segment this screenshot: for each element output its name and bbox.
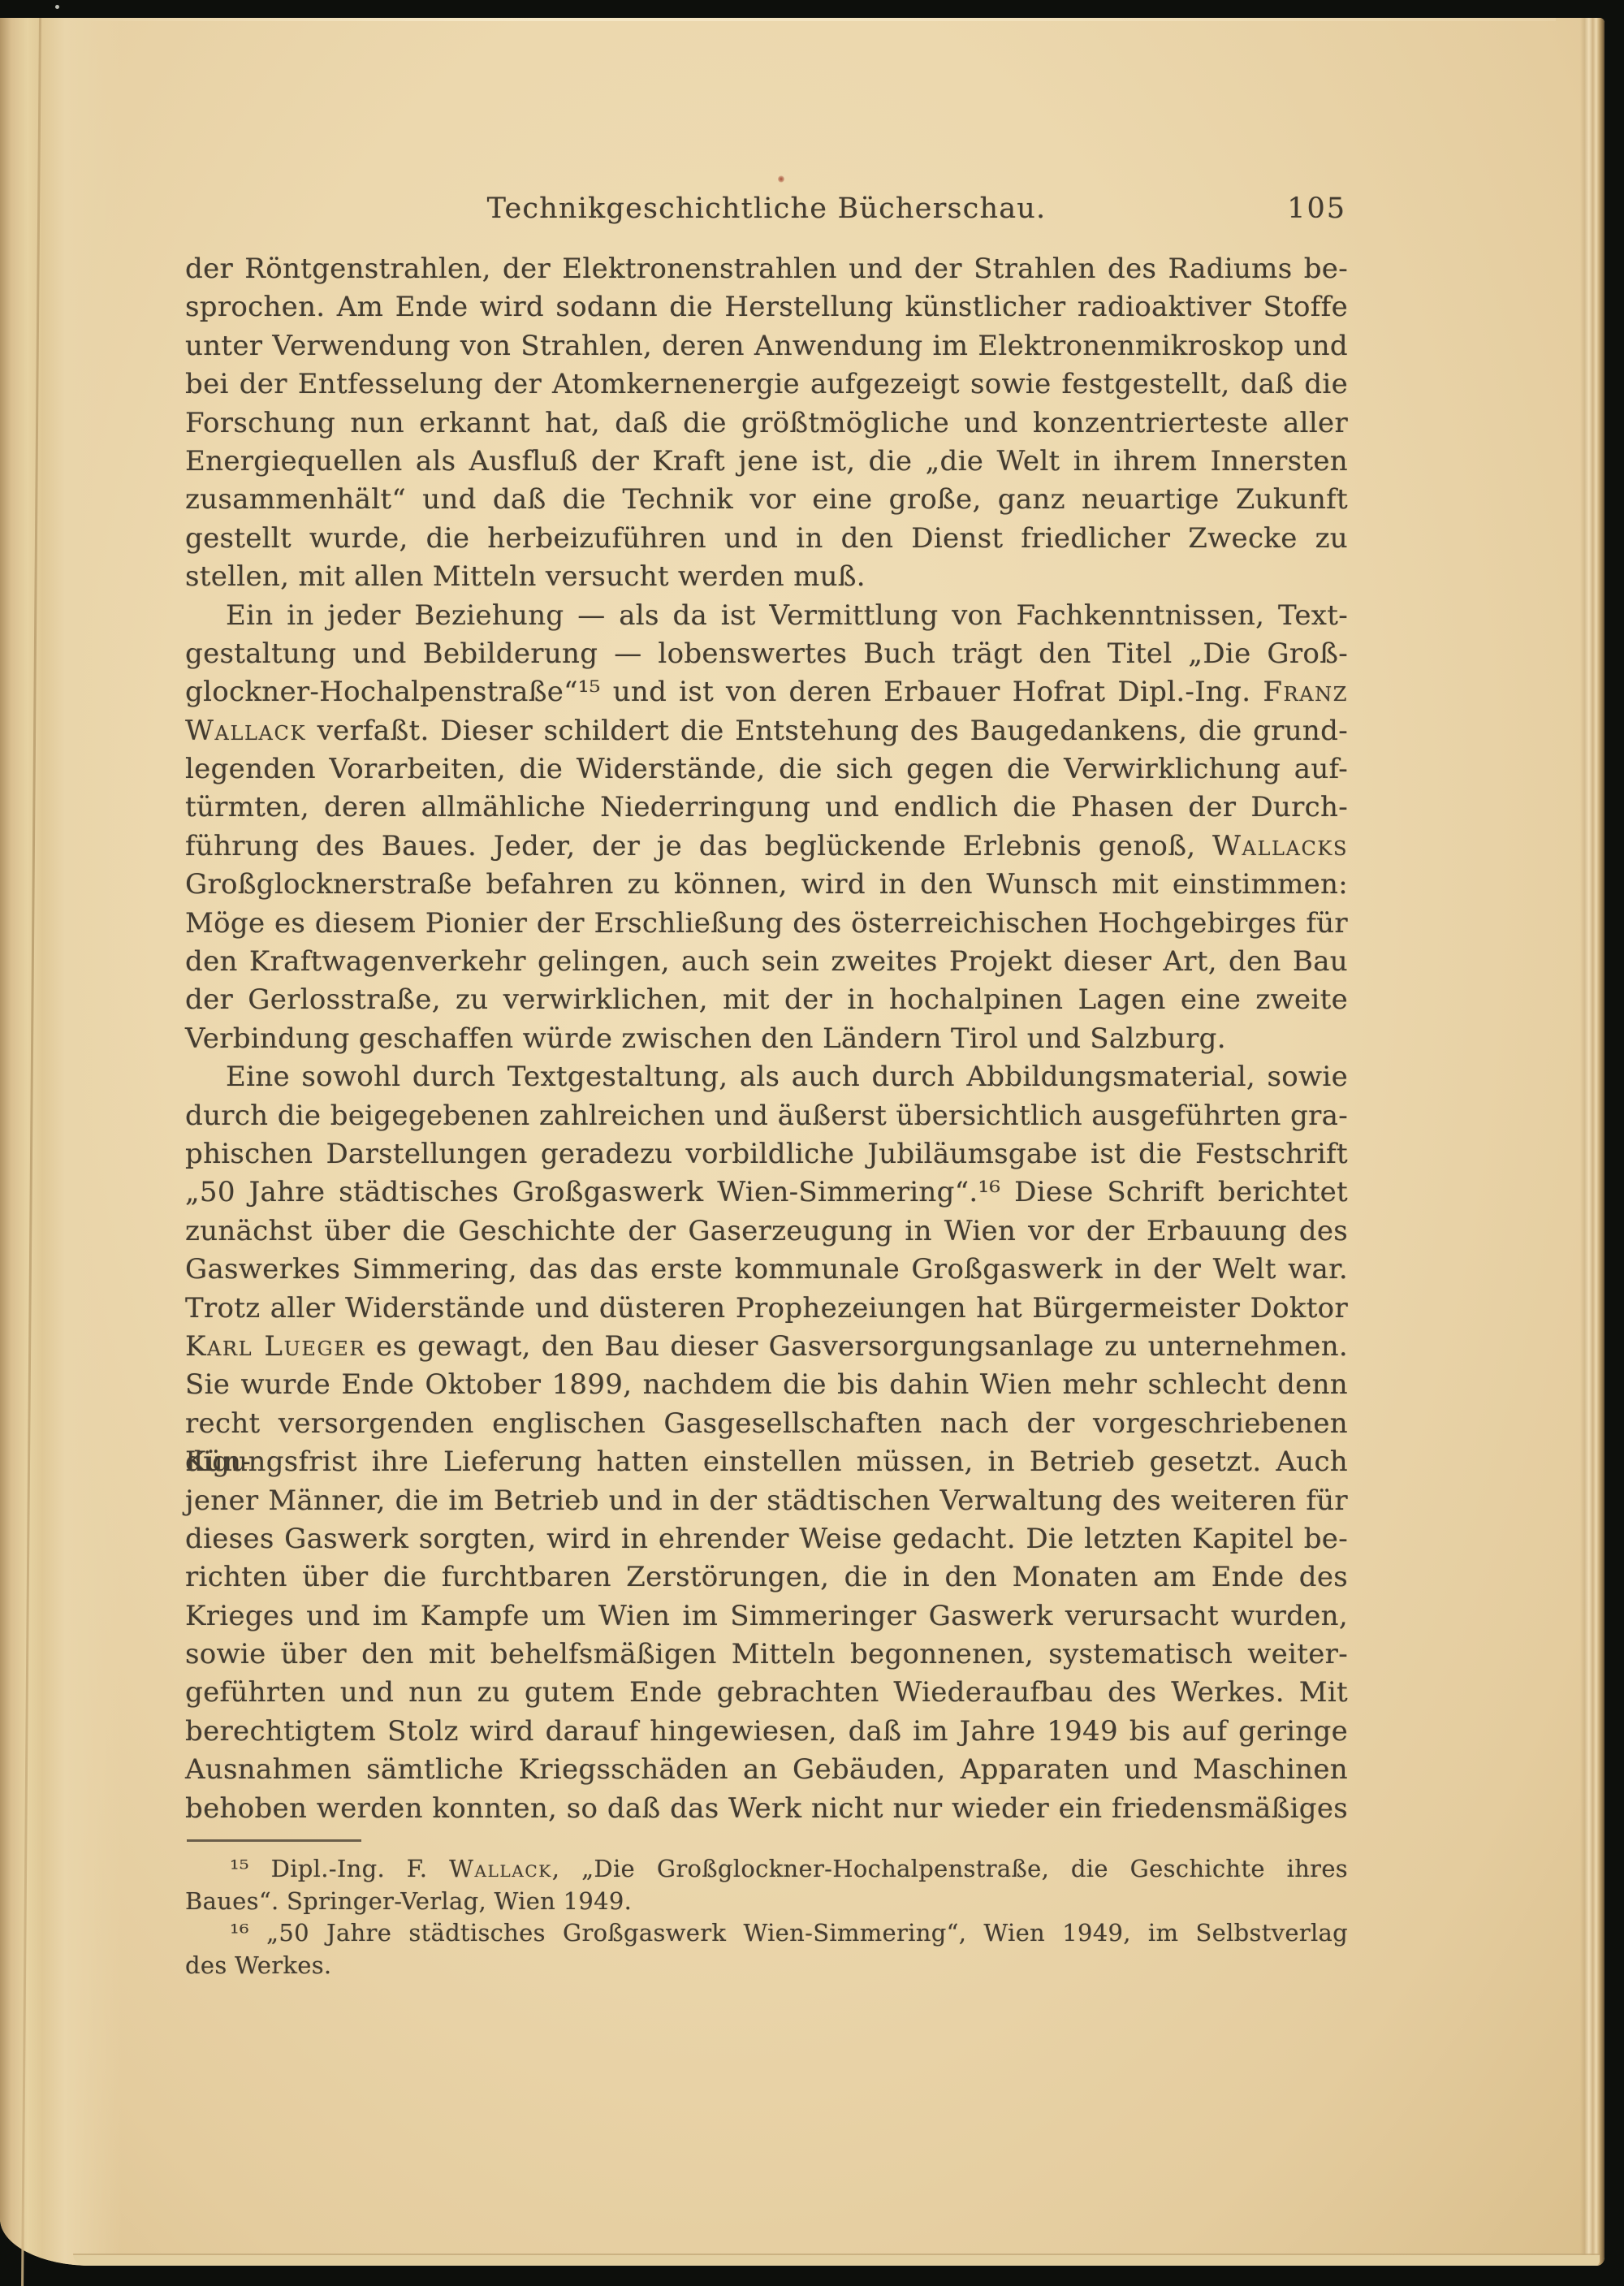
paragraph: Ein in jeder Beziehung — als da ist Verm… (185, 597, 1348, 1059)
body-line: bei der Entfesselung der Atomkernenergie… (185, 365, 1348, 404)
paragraph: ¹⁶ „50 Jahre städtisches Großgaswerk Wie… (185, 1917, 1348, 1981)
body-line: sprochen. Am Ende wird sodann die Herste… (185, 288, 1348, 326)
book-photo-background: Technikgeschichtliche Bücherschau. 105 d… (0, 0, 1624, 2286)
small-caps-name: Wallack (185, 715, 306, 747)
body-line: dieses Gaswerk sorgten, wird in ehrender… (185, 1520, 1348, 1558)
body-line: richten über die furchtbaren Zerstörunge… (185, 1558, 1348, 1597)
footnote-rule (187, 1839, 361, 1842)
footnote-line: des Werkes. (185, 1950, 1348, 1982)
body-line: der Gerlosstraße, zu verwirklichen, mit … (185, 981, 1348, 1019)
body-line: Eine sowohl durch Textgestaltung, als au… (185, 1058, 1348, 1096)
body-line: „50 Jahre städtisches Großgaswerk Wien-S… (185, 1173, 1348, 1212)
body-line: führung des Baues. Jeder, der je das beg… (185, 828, 1348, 866)
body-line: Ausnahmen sämtliche Kriegsschäden an Geb… (185, 1751, 1348, 1789)
body-line: glockner-Hochalpenstraße“¹⁵ und ist von … (185, 673, 1348, 711)
body-line: den Kraftwagenverkehr gelingen, auch sei… (185, 943, 1348, 981)
body-line: Gaswerkes Simmering, das das erste kommu… (185, 1251, 1348, 1289)
body-line: gestaltung und Bebilderung — lobenswerte… (185, 635, 1348, 673)
body-line: sowie über den mit behelfsmäßigen Mittel… (185, 1636, 1348, 1674)
footnote-line: Baues“. Springer-Verlag, Wien 1949. (185, 1886, 1348, 1918)
body-line: berechtigtem Stolz wird darauf hingewies… (185, 1713, 1348, 1751)
paragraph: der Röntgenstrahlen, der Elektronenstrah… (185, 250, 1348, 597)
body-line: digungsfrist ihre Lieferung hatten einst… (185, 1443, 1348, 1481)
body-line: zunächst über die Geschichte der Gaserze… (185, 1212, 1348, 1251)
footnote-line: ¹⁵ Dipl.-Ing. F. Wallack, „Die Großglock… (185, 1853, 1348, 1886)
body-line: Trotz aller Widerstände und düsteren Pro… (185, 1290, 1348, 1328)
footnotes: ¹⁵ Dipl.-Ing. F. Wallack, „Die Großglock… (185, 1853, 1348, 1981)
body-line: durch die beigegebenen zahlreichen und ä… (185, 1097, 1348, 1135)
dust-glint (55, 5, 59, 9)
body-line: recht versorgenden englischen Gasgesells… (185, 1405, 1348, 1443)
small-caps-name: Wallack (449, 1855, 552, 1882)
body-line: gestellt wurde, die herbeizuführen und i… (185, 520, 1348, 558)
body-line: phischen Darstellungen geradezu vorbildl… (185, 1135, 1348, 1173)
body-line: türmten, deren allmähliche Niederringung… (185, 789, 1348, 827)
body-line: stellen, mit allen Mitteln versucht werd… (185, 558, 1348, 596)
body-line: unter Verwendung von Strahlen, deren Anw… (185, 327, 1348, 365)
page-number: 105 (1287, 190, 1346, 227)
footnote-line: ¹⁶ „50 Jahre städtisches Großgaswerk Wie… (185, 1917, 1348, 1950)
body-line: Karl Lueger es gewagt, den Bau dieser Ga… (185, 1328, 1348, 1366)
body-line: behoben werden konnten, so daß das Werk … (185, 1790, 1348, 1828)
body-line: jener Männer, die im Betrieb und in der … (185, 1482, 1348, 1520)
body-line: legenden Vorarbeiten, die Widerstände, d… (185, 750, 1348, 789)
body-line: zusammenhält“ und daß die Technik vor ei… (185, 481, 1348, 519)
small-caps-name: Karl Lueger (185, 1330, 365, 1363)
body-line: Sie wurde Ende Oktober 1899, nachdem die… (185, 1366, 1348, 1404)
body-line: Forschung nun erkannt hat, daß die größt… (185, 404, 1348, 443)
page-gutter-shading (0, 18, 122, 2266)
body-line: Wallack verfaßt. Dieser schildert die En… (185, 712, 1348, 750)
page-bottom-edge (73, 2254, 1600, 2266)
small-caps-name: Wallack (1212, 830, 1333, 862)
page-top-edge-highlight (32, 18, 1556, 21)
paper-speck (778, 175, 784, 183)
body-line: der Röntgenstrahlen, der Elektronenstrah… (185, 250, 1348, 288)
body-line: Ein in jeder Beziehung — als da ist Verm… (185, 597, 1348, 635)
paragraph: Eine sowohl durch Textgestaltung, als au… (185, 1058, 1348, 1828)
small-caps-name: Wallacks (1212, 830, 1348, 862)
running-title: Technikgeschichtliche Bücherschau. (185, 190, 1348, 227)
body-line: Energiequellen als Ausfluß der Kraft jen… (185, 443, 1348, 481)
body-text: der Röntgenstrahlen, der Elektronenstrah… (185, 250, 1348, 1828)
body-line: geführten und nun zu gutem Ende gebracht… (185, 1674, 1348, 1712)
body-line: Möge es diesem Pionier der Erschließung … (185, 905, 1348, 943)
small-caps-name: Franz (1263, 676, 1348, 708)
body-line: Krieges und im Kampfe um Wien im Simmeri… (185, 1597, 1348, 1636)
body-line: Verbindung geschaffen würde zwischen den… (185, 1020, 1348, 1058)
page-edge-stack (1580, 18, 1605, 2266)
body-line: Großglocknerstraße befahren zu können, w… (185, 866, 1348, 904)
paragraph: ¹⁵ Dipl.-Ing. F. Wallack, „Die Großglock… (185, 1853, 1348, 1917)
book-page: Technikgeschichtliche Bücherschau. 105 d… (0, 18, 1605, 2266)
page-header: Technikgeschichtliche Bücherschau. 105 (185, 190, 1348, 227)
